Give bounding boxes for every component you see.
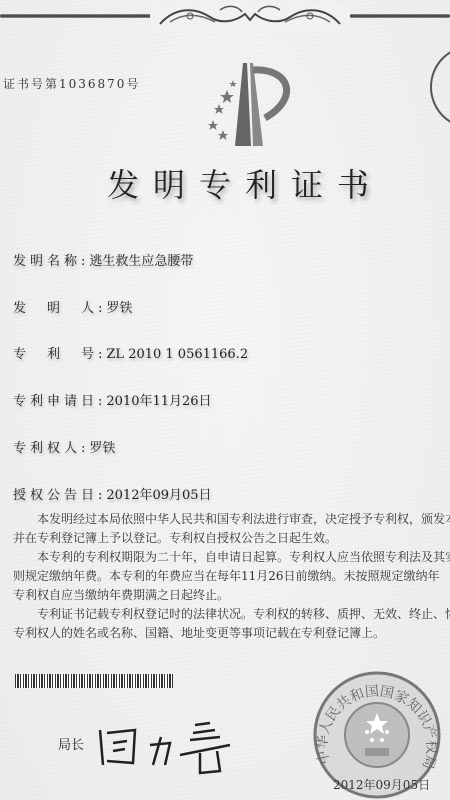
- document-title: 发明专利证书: [0, 160, 450, 206]
- sipo-emblem-icon: [195, 58, 305, 148]
- field-value: 2012年09月05日: [106, 488, 211, 503]
- certificate-number: 证书号第1036870号: [3, 75, 140, 92]
- body-text: 本发明经过本局依照中华人民共和国专利法进行审查，决定授予专利权，颁发本 并在专利…: [13, 510, 450, 643]
- director-signature: [95, 715, 235, 775]
- body-line: 专利证书记载专利权登记时的法律状况。专利权的转移、质押、无效、终止、恢: [13, 605, 450, 624]
- field-grant-date: 授权公告日:2012年09月05日: [13, 484, 212, 503]
- director-label: 局长: [58, 734, 84, 753]
- body-line: 专利权人的姓名或名称、国籍、地址变更等事项记载在专利登记簿上。: [13, 624, 450, 643]
- field-label: 专 利 号:: [13, 347, 106, 362]
- field-label: 专利申请日:: [13, 394, 106, 409]
- body-line: 本专利的专利权期限为二十年，自申请日起算。专利权人应当依照专利法及其实: [13, 548, 450, 567]
- seal-date: 2012年09月05日: [333, 776, 430, 793]
- ornament-dragon-icon: [150, 2, 350, 32]
- field-invention-name: 发明名称:逃生救生应急腰带: [13, 250, 193, 269]
- field-application-date: 专利申请日:2010年11月26日: [13, 390, 212, 409]
- field-value: 罗铁: [89, 441, 115, 456]
- field-inventor: 发 明 人:罗铁: [13, 297, 132, 316]
- body-line: 专利权自应当缴纳年费期满之日起终止。: [13, 586, 450, 605]
- field-label: 专利权人:: [13, 441, 89, 456]
- field-value: ZL 2010 1 0561166.2: [106, 347, 248, 362]
- field-patent-number: 专 利 号:ZL 2010 1 0561166.2: [13, 343, 248, 362]
- field-label: 授权公告日:: [13, 488, 106, 503]
- field-label: 发明名称:: [13, 254, 89, 269]
- body-line: 本发明经过本局依照中华人民共和国专利法进行审查，决定授予专利权，颁发本: [13, 510, 450, 529]
- field-value: 罗铁: [106, 301, 132, 316]
- body-line: 并在专利登记簿上予以登记。专利权自授权公告之日起生效。: [13, 529, 450, 548]
- body-line: 则规定缴纳年费。本专利的年费应当在每年11月26日前缴纳。未按照规定缴纳年: [13, 567, 450, 586]
- field-value: 逃生救生应急腰带: [89, 254, 193, 269]
- field-patentee: 专利权人:罗铁: [13, 437, 115, 456]
- barcode-icon: [15, 674, 173, 688]
- field-value: 2010年11月26日: [106, 394, 211, 409]
- field-label: 发 明 人:: [13, 301, 106, 316]
